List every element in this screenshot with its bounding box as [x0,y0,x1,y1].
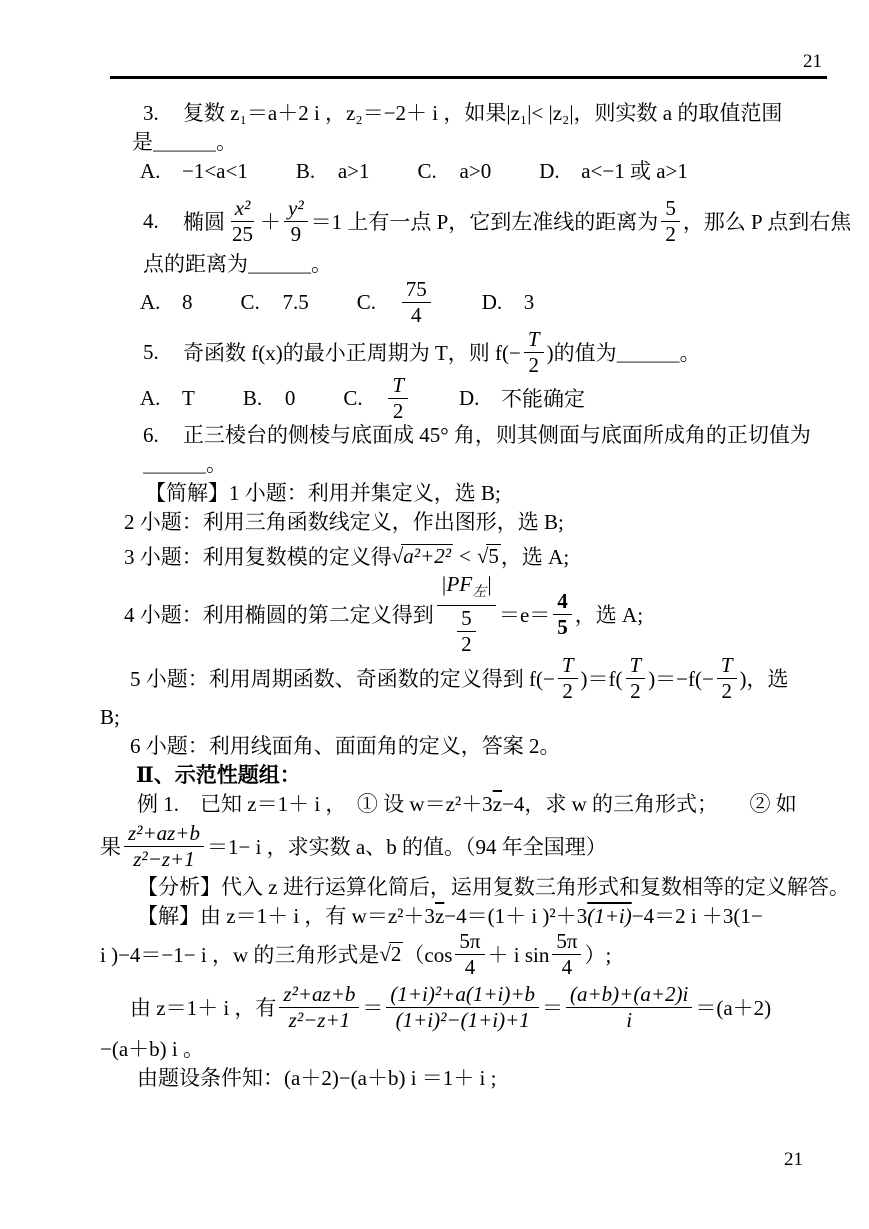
fraction-numerator: T [626,653,646,679]
pf-fraction: |PF左| 52 [437,572,496,657]
fraction-denominator: 2 [661,222,680,247]
fraction-T-2: T2 [388,373,408,424]
fraction-denominator: 2 [558,679,577,704]
option-label: D. [482,290,524,315]
sqrt-expression: √5 [477,544,501,569]
fraction-numerator: (1+i)²+a(1+i)+b [386,982,539,1008]
fraction-denominator: 9 [287,222,306,247]
fraction-denominator: z²−z+1 [129,847,198,872]
text-segment: ，选 A; [575,599,643,629]
option-label: C. [241,290,283,315]
option-label: C. [418,157,460,186]
text-segment: 。 [206,452,227,476]
conjugate-expression: (1+i) [587,904,632,928]
text-segment: ＝1 上有一点 P，它到左准线的距离为 [311,206,659,236]
fraction-5-2: 52 [457,606,476,657]
text-segment: ＝ [362,992,383,1022]
example-1-line-2: 果 z²+az+bz²−z+1 ＝1− i ，求实数 a、b 的值。（94 年全… [100,819,833,873]
text-segment: 3 小题：利用复数模的定义得 [124,541,392,571]
option-text: 不能确定 [501,383,585,413]
fraction-numerator: y² [284,196,308,222]
brief-solution-item-5: 5 小题：利用周期函数、奇函数的定义得到 f(− T2 )＝f( T2 )＝−f… [130,653,833,703]
option-text: a>1 [338,157,370,186]
question-5-line-1: 5. 奇函数 f(x)的最小正周期为 T，则 f(− T2 )的值为＿＿＿。 [143,329,833,375]
option-b: B.a>1 [296,157,370,186]
text-segment: （cos [403,939,452,969]
question-4-options: A.8 C.7.5 C.754 D.3 [140,279,833,325]
answer-blank: ＿＿＿ [143,452,206,476]
fraction-z-expression: z²+az+bz²−z+1 [124,821,204,872]
question-4-line-1: 4. 椭圆 x²25 ＋ y²9 ＝1 上有一点 P，它到左准线的距离为 52 … [143,192,833,250]
solution-line-4: −(a＋b) i 。 [100,1035,833,1064]
text-segment: −4＝(1＋ i )²＋3 [444,904,587,928]
fraction-numerator: 75 [402,277,431,303]
fraction-5pi-4: 5π4 [552,929,581,980]
text-segment: ，选 A; [501,541,569,571]
question-3-line-2: 是＿＿＿。 [132,128,833,157]
fraction-denominator: z²−z+1 [285,1008,354,1033]
text-segment: 2 小题：利用三角函数线定义，作出图形，选 B; [124,510,564,534]
text-segment: 例 1. 已知 z＝1＋ i ， ① 设 w＝z²＋3 [137,792,493,816]
option-text: −1<a<1 [182,157,248,186]
brief-solution-item-2: 2 小题：利用三角函数线定义，作出图形，选 B; [124,508,833,537]
fraction-denominator: 4 [407,303,426,328]
fraction-denominator: 2 [717,679,736,704]
option-text: a<−1 或 a>1 [581,157,688,186]
header-rule [110,76,827,79]
brief-solution-item-5-continued: B; [100,703,833,732]
text-segment: )，选 [740,663,789,693]
fraction-substituted: (1+i)²+a(1+i)+b(1+i)²−(1+i)+1 [386,982,539,1033]
document-body: 3.复数 z₁＝a＋2 i ，z₂＝−2＋ i ，如果|z₁|< |z₂|，则实… [100,99,833,1093]
text-segment: ＝(a＋2) [695,992,771,1022]
text-segment: 果 [100,831,121,861]
text-segment: ＝1− i ，求实数 a、b 的值。（94 年全国理） [207,831,607,861]
text-segment: 点的距离为 [143,252,248,276]
subscript: 左 [472,585,486,600]
text-segment: )＝f( [581,663,623,693]
option-label: D. [459,386,501,411]
brief-solution-item-1: 【简解】1 小题：利用并集定义，选 B; [145,479,833,508]
question-5-number: 5. [143,340,183,365]
analysis-label: 【分析】 [137,875,221,899]
answer-blank: ＿＿＿ [153,130,216,154]
fraction-numerator: T [717,653,737,679]
fraction-numerator: 4 [553,589,572,615]
fraction-numerator: T [388,373,408,399]
text-segment: ＝e＝ [499,599,550,629]
text-segment: < [459,544,471,569]
example-1-line-1: 例 1. 已知 z＝1＋ i ， ① 设 w＝z²＋3z−4，求 w 的三角形式… [137,790,833,819]
radicand: 2 [389,942,404,966]
text-segment: 。 [680,337,701,367]
fraction-numerator: (a+b)+(a+2)i [566,982,692,1008]
brief-solution-item-4: 4 小题：利用椭圆的第二定义得到 |PF左| 52 ＝e＝ 45 ，选 A; [124,575,833,653]
fraction-numerator: x² [231,196,255,222]
option-label: A. [140,386,182,411]
sqrt-expression: √2 [379,942,403,967]
fraction-simplified: (a+b)+(a+2)ii [566,982,692,1033]
fraction-denominator: 2 [524,353,543,378]
fraction-denominator: 5 [553,615,572,640]
option-c: C.a>0 [418,157,492,186]
text-segment: 5 小题：利用周期函数、奇函数的定义得到 f(− [130,663,555,693]
option-text: 0 [285,386,296,411]
fraction-numerator: 5π [552,929,581,955]
answer-blank: ＿＿＿ [617,337,680,367]
text-segment: 【解】由 z＝1＋ i ，有 w＝z²＋3 [137,904,435,928]
option-a: A.−1<a<1 [140,157,248,186]
option-text: 8 [182,290,193,315]
sqrt-expression: √a²+2² [392,544,453,569]
text-segment: 1 小题：利用并集定义，选 B; [229,481,501,505]
fraction-T-2: T2 [558,653,578,704]
analysis-line: 【分析】代入 z 进行运算化简后，运用复数三角形式和复数相等的定义解答。 [137,873,833,902]
fraction-numerator: 5 [457,606,476,632]
text-segment: −4，求 w 的三角形式； ② 如 [502,792,797,816]
solution-line-1: 【解】由 z＝1＋ i ，有 w＝z²＋3z−4＝(1＋ i )²＋3(1+i)… [137,902,833,931]
text-segment: |PF [441,572,472,596]
text-segment: 。 [311,252,332,276]
option-label: B. [296,157,338,186]
fraction-denominator: 25 [228,222,257,247]
text-segment: | [486,572,492,596]
option-label: C. [343,386,385,411]
option-c: C.754 [357,277,434,328]
text-segment: 。 [216,130,237,154]
fraction-numerator: 5 [661,196,680,222]
option-text: 7.5 [283,290,309,315]
fraction-numerator: z²+az+b [124,821,204,847]
question-5-options: A.T B.0 C.T2 D.不能确定 [140,375,833,421]
option-a: A.8 [140,290,193,315]
radicand: 5 [486,544,501,568]
text-segment: 代入 z 进行运算化简后，运用复数三角形式和复数相等的定义解答。 [221,875,850,899]
option-c: C.T2 [343,373,411,424]
fraction-denominator: 4 [558,955,577,980]
text-segment: ）; [584,939,611,969]
question-6-line-1: 6.正三棱台的侧棱与底面成 45° 角，则其侧面与底面所成角的正切值为 [143,421,833,450]
text-segment: )＝−f(− [648,663,714,693]
fraction-numerator: T [524,327,544,353]
fraction-T-2: T2 [717,653,737,704]
text-segment: ，那么 P 点到右焦 [683,206,851,236]
text-segment: ＋ i sin [488,939,550,969]
text-segment: 6 小题：利用线面角、面面角的定义，答案 2。 [130,734,561,758]
text-segment: 奇函数 f(x)的最小正周期为 T，则 f(− [183,337,521,367]
fraction-5pi-4: 5π4 [455,929,484,980]
option-a: A.T [140,386,195,411]
text-segment: −(a＋b) i 。 [100,1037,204,1061]
fraction-numerator: T [558,653,578,679]
question-3-number: 3. [143,99,183,128]
radicand: a²+2² [401,544,453,568]
fraction-denominator: 2 [457,632,476,657]
option-d: D.不能确定 [459,383,585,413]
text-segment: −4＝2 i ＋3(1− [632,904,763,928]
fraction-denominator: i [622,1008,636,1033]
section-2-title: Ⅱ、示范性题组： [136,761,833,790]
text-segment: 由题设条件知：(a＋2)−(a＋b) i ＝1＋ i ; [137,1066,496,1090]
option-b: B.0 [243,386,296,411]
option-text: T [182,386,195,411]
text-segment: i )−4＝−1− i ，w 的三角形式是 [100,939,379,969]
text-segment: ＋ [260,206,281,236]
text-segment: 4 小题：利用椭圆的第二定义得到 [124,599,434,629]
text-segment: 椭圆 [183,206,225,236]
fraction-denominator: 52 [450,606,483,657]
conjugate-z: z [493,792,502,816]
text-segment: B; [100,705,120,729]
page-number-top: 21 [0,0,869,74]
brief-solution-item-3: 3 小题：利用复数模的定义得 √a²+2² < √5 ，选 A; [124,537,833,575]
option-label: A. [140,157,182,186]
solution-line-2: i )−4＝−1− i ，w 的三角形式是 √2 （cos 5π4 ＋ i si… [100,931,833,977]
fraction-denominator: 2 [626,679,645,704]
fraction-T-2: T2 [626,653,646,704]
question-3-text: 复数 z₁＝a＋2 i ，z₂＝−2＋ i ，如果|z₁|< |z₂|，则实数 … [183,101,782,125]
fraction-4-5: 45 [553,589,572,640]
question-4-number: 4. [143,209,183,234]
fraction-numerator: z²+az+b [279,982,359,1008]
question-4-line-2: 点的距离为＿＿＿。 [143,250,833,279]
option-b: C.7.5 [241,290,309,315]
fraction-y2-9: y²9 [284,196,308,247]
fraction-denominator: 4 [461,955,480,980]
fraction-5-2: 52 [661,196,680,247]
text-segment: 由 z＝1＋ i ，有 [130,992,276,1022]
option-text: 3 [524,290,535,315]
question-3-line-1: 3.复数 z₁＝a＋2 i ，z₂＝−2＋ i ，如果|z₁|< |z₂|，则实… [143,99,833,128]
question-6-text: 正三棱台的侧棱与底面成 45° 角，则其侧面与底面所成角的正切值为 [183,423,811,447]
section-title-text: Ⅱ、示范性题组： [136,763,301,787]
fraction-denominator: 2 [389,399,408,424]
fraction-z-expression: z²+az+bz²−z+1 [279,982,359,1033]
text-segment: )的值为 [547,337,617,367]
text-segment: ＝ [542,992,563,1022]
solution-line-3: 由 z＝1＋ i ，有 z²+az+bz²−z+1 ＝ (1+i)²+a(1+i… [130,979,833,1035]
option-label: B. [243,386,285,411]
option-label: C. [357,290,399,315]
question-6-number: 6. [143,421,183,450]
fraction-x2-25: x²25 [228,196,257,247]
question-3-options: A.−1<a<1B.a>1C.a>0D.a<−1 或 a>1 [140,157,833,186]
fraction-denominator: (1+i)²−(1+i)+1 [392,1008,534,1033]
brief-solution-label: 【简解】 [145,481,229,505]
page-number-bottom: 21 [784,1148,803,1172]
conjugate-z: z [435,904,444,928]
answer-blank: ＿＿＿ [248,252,311,276]
option-text: a>0 [460,157,492,186]
option-d: D.a<−1 或 a>1 [539,157,688,186]
fraction-numerator: |PF左| [437,572,496,606]
question-6-line-2: ＿＿＿。 [143,450,833,479]
solution-line-5: 由题设条件知：(a＋2)−(a＋b) i ＝1＋ i ; [137,1064,833,1093]
brief-solution-item-6: 6 小题：利用线面角、面面角的定义，答案 2。 [130,732,833,761]
option-label: D. [539,157,581,186]
fraction-T-2: T2 [524,327,544,378]
fraction-75-4: 754 [402,277,431,328]
option-label: A. [140,290,182,315]
option-d: D.3 [482,290,535,315]
fraction-numerator: 5π [455,929,484,955]
text-segment: 是 [132,130,153,154]
